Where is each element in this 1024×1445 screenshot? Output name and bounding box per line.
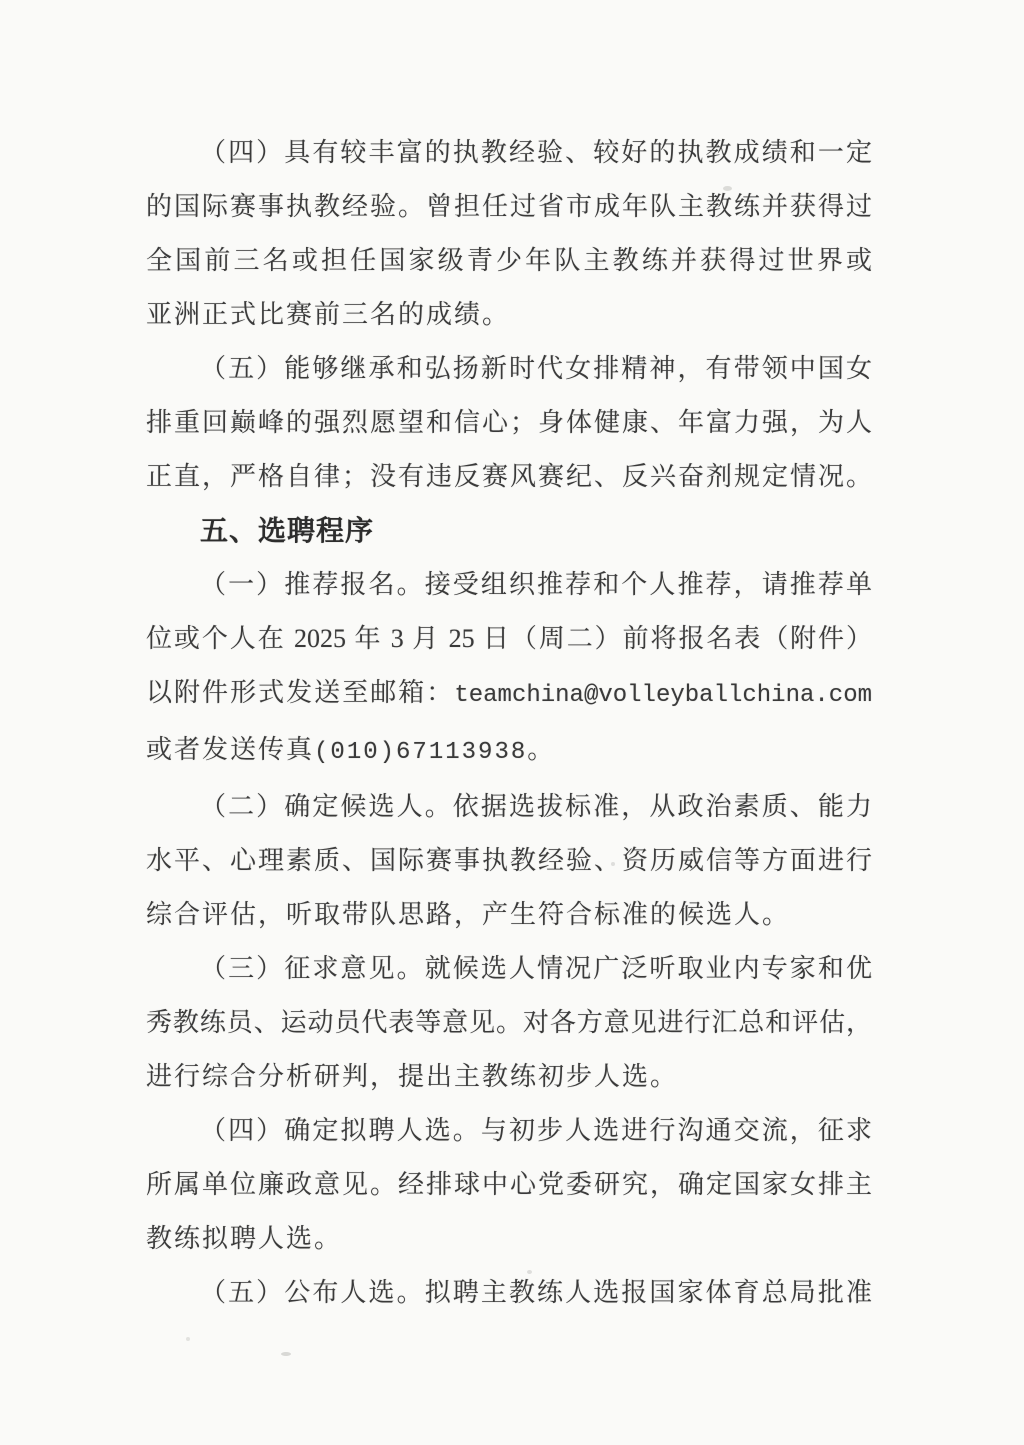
- fax-number: (010)67113938: [314, 739, 527, 766]
- scanned-document-page: （四）具有较丰富的执教经验、较好的执教成绩和一定 的国际赛事执教经验。曾担任过省…: [0, 0, 1024, 1445]
- document-body: （四）具有较丰富的执教经验、较好的执教成绩和一定 的国际赛事执教经验。曾担任过省…: [146, 126, 872, 1320]
- paragraph-line: 或者发送传真(010)67113938。: [146, 723, 872, 780]
- fax-label: 或者发送传真: [146, 735, 314, 764]
- paragraph-line: 位或个人在 2025 年 3 月 25 日（周二）前将报名表（附件）: [146, 612, 872, 666]
- scan-artifact: [611, 862, 615, 866]
- paragraph-line: 进行综合分析研判，提出主教练初步人选。: [146, 1050, 872, 1104]
- paragraph-line: 所属单位廉政意见。经排球中心党委研究，确定国家女排主: [146, 1158, 872, 1212]
- scan-artifact: [186, 1337, 190, 1341]
- scan-artifact: [281, 1352, 291, 1356]
- paragraph-line: （三）征求意见。就候选人情况广泛听取业内专家和优: [146, 942, 872, 996]
- paragraph-line: 排重回巅峰的强烈愿望和信心；身体健康、年富力强，为人: [146, 396, 872, 450]
- section-heading: 五、选聘程序: [146, 504, 872, 558]
- paragraph-line: （五）能够继承和弘扬新时代女排精神，有带领中国女: [146, 342, 872, 396]
- paragraph-line: 以附件形式发送至邮箱：teamchina@volleyballchina.com: [146, 666, 872, 723]
- paragraph-line: 全国前三名或担任国家级青少年队主教练并获得过世界或: [146, 234, 872, 288]
- scan-artifact: [723, 186, 732, 191]
- sentence-period: 。: [527, 735, 555, 764]
- paragraph-line: 教练拟聘人选。: [146, 1212, 872, 1266]
- email-label: 以附件形式发送至邮箱：: [146, 678, 454, 707]
- scan-artifact: [527, 1270, 532, 1274]
- paragraph-line: 的国际赛事执教经验。曾担任过省市成年队主教练并获得过: [146, 180, 872, 234]
- paragraph-line: 正直，严格自律；没有违反赛风赛纪、反兴奋剂规定情况。: [146, 450, 872, 504]
- paragraph-line: （一）推荐报名。接受组织推荐和个人推荐，请推荐单: [146, 558, 872, 612]
- paragraph-line: 亚洲正式比赛前三名的成绩。: [146, 288, 872, 342]
- paragraph-line: （五）公布人选。拟聘主教练人选报国家体育总局批准: [146, 1266, 872, 1320]
- paragraph-line: （四）确定拟聘人选。与初步人选进行沟通交流，征求: [146, 1104, 872, 1158]
- email-address: teamchina@volleyballchina.com: [454, 682, 872, 709]
- paragraph-line: 秀教练员、运动员代表等意见。对各方意见进行汇总和评估，: [146, 996, 872, 1050]
- paragraph-line: （四）具有较丰富的执教经验、较好的执教成绩和一定: [146, 126, 872, 180]
- paragraph-line: 综合评估，听取带队思路，产生符合标准的候选人。: [146, 888, 872, 942]
- paragraph-line: 水平、心理素质、国际赛事执教经验、资历威信等方面进行: [146, 834, 872, 888]
- paragraph-line: （二）确定候选人。依据选拔标准，从政治素质、能力: [146, 780, 872, 834]
